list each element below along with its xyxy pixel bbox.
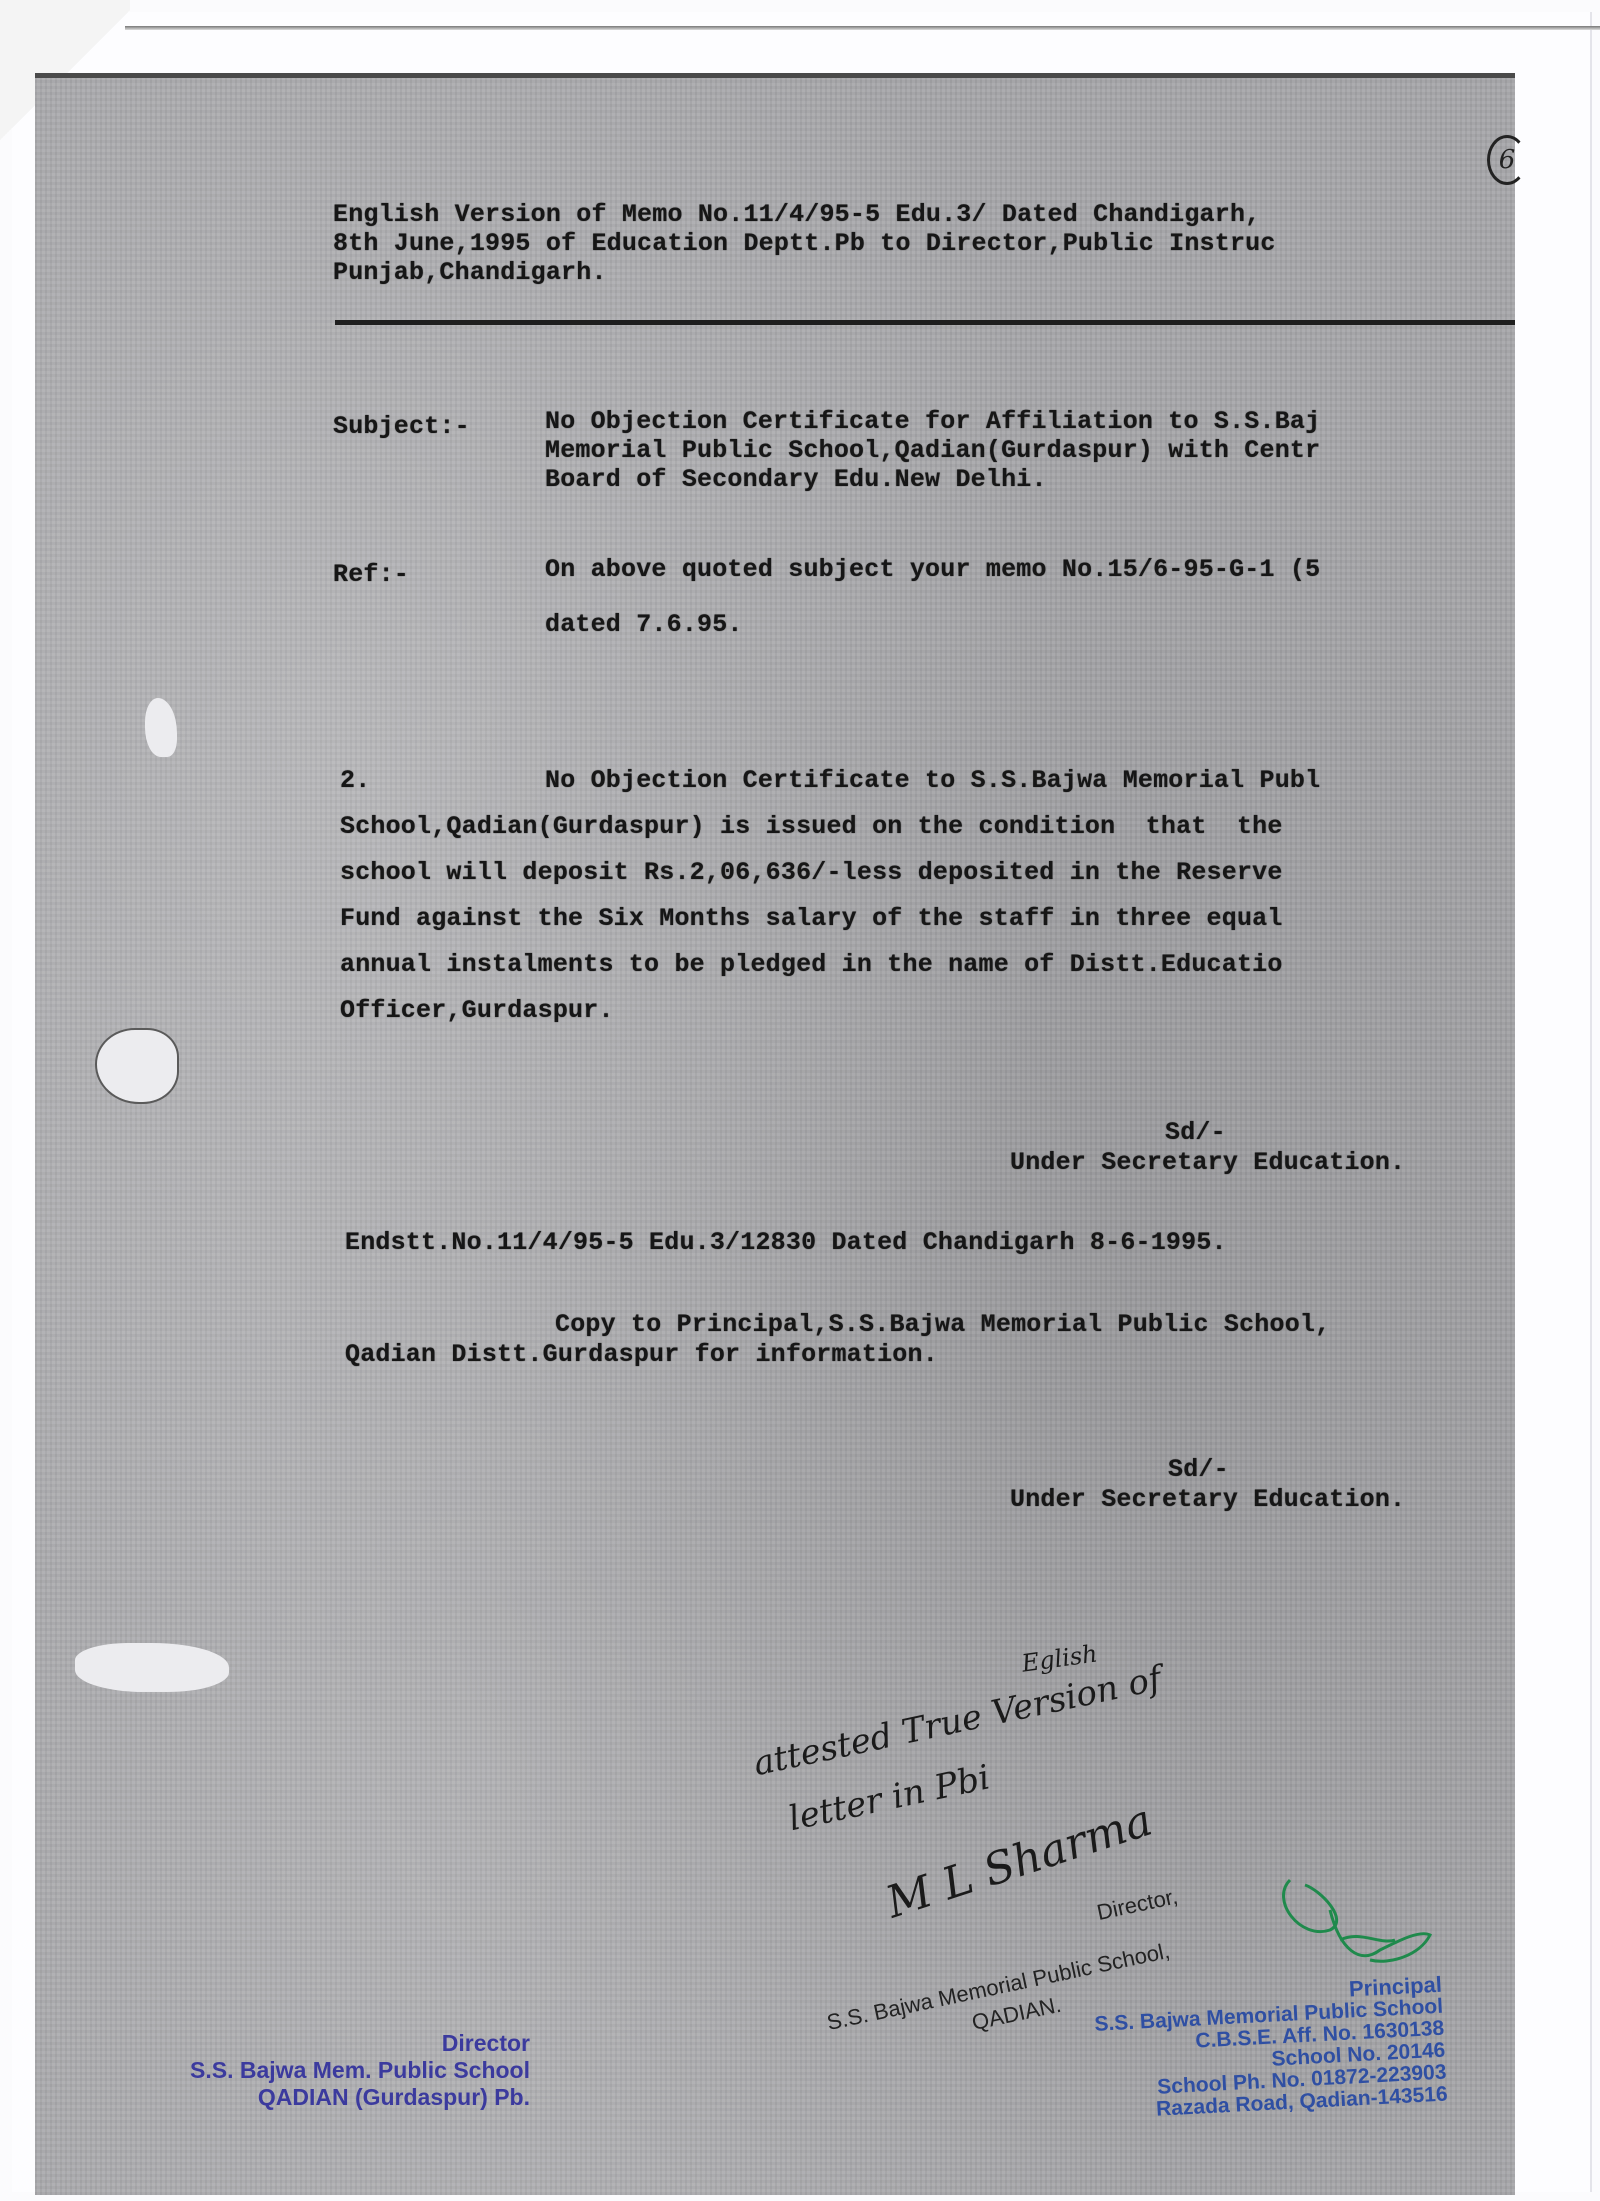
subject-label: Subject:- (333, 412, 470, 442)
reference-line: dated 7.6.95. (545, 610, 743, 640)
blue-stamp-right: Principal S.S. Bajwa Memorial Public Sch… (1007, 1974, 1448, 2129)
signoff-title: Under Secretary Education. (1010, 1148, 1405, 1178)
reference-line: On above quoted subject your memo No.15/… (545, 555, 1320, 585)
paragraph-number: 2. (340, 766, 370, 796)
paper-damage (145, 698, 177, 757)
paragraph-line: School,Qadian(Gurdaspur) is issued on th… (340, 812, 1283, 842)
blue-stamp-left: Director S.S. Bajwa Mem. Public School Q… (120, 2030, 530, 2111)
paragraph-line: school will deposit Rs.2,06,636/-less de… (340, 858, 1283, 888)
stamp-line: QADIAN (Gurdaspur) Pb. (120, 2084, 530, 2111)
paragraph-line: Fund against the Six Months salary of th… (340, 904, 1283, 934)
heading-line: English Version of Memo No.11/4/95-5 Edu… (333, 200, 1260, 230)
heading-divider (335, 320, 1515, 325)
copy-to-line: Copy to Principal,S.S.Bajwa Memorial Pub… (555, 1310, 1330, 1340)
signoff-title: Under Secretary Education. (1010, 1485, 1405, 1515)
paragraph-line: No Objection Certificate to S.S.Bajwa Me… (545, 766, 1320, 796)
page-number: 6 (1487, 135, 1527, 185)
signoff-sd: Sd/- (1165, 1118, 1226, 1148)
subject-line: Memorial Public School,Qadian(Gurdaspur)… (545, 436, 1320, 466)
paragraph-line: annual instalments to be pledged in the … (340, 950, 1283, 980)
reference-label: Ref:- (333, 560, 409, 590)
paper-damage (75, 1643, 229, 1692)
copy-to-line: Qadian Distt.Gurdaspur for information. (345, 1340, 938, 1370)
endorsement-line: Endstt.No.11/4/95-5 Edu.3/12830 Dated Ch… (345, 1228, 1227, 1258)
principal-signature (1270, 1870, 1440, 1980)
stamp-line: Director (120, 2030, 530, 2057)
stamp-line: S.S. Bajwa Mem. Public School (120, 2057, 530, 2084)
paper-damage (95, 1028, 179, 1104)
signoff-sd: Sd/- (1168, 1455, 1229, 1485)
subject-line: No Objection Certificate for Affiliation… (545, 407, 1320, 437)
heading-line: 8th June,1995 of Education Deptt.Pb to D… (333, 229, 1276, 259)
heading-line: Punjab,Chandigarh. (333, 258, 607, 288)
page-top-edge (125, 26, 1600, 30)
paragraph-line: Officer,Gurdaspur. (340, 996, 614, 1026)
subject-line: Board of Secondary Edu.New Delhi. (545, 465, 1047, 495)
